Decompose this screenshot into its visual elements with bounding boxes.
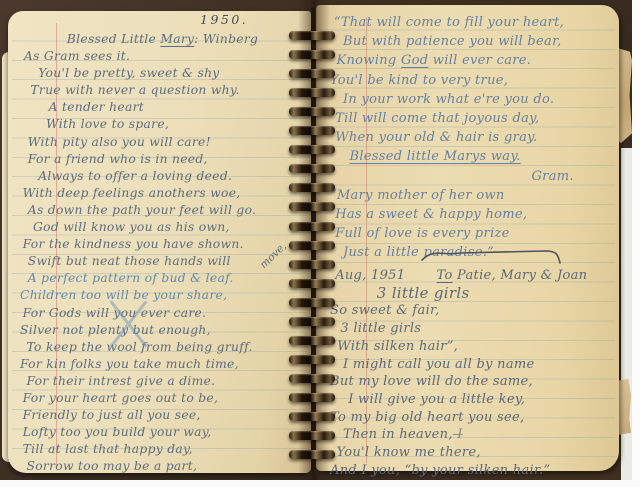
manuscript-line: For your heart goes out to be, (20, 390, 308, 407)
binding-loop (289, 107, 335, 116)
left-page-text: Blessed Little Mary: WinbergAs Gram sees… (20, 31, 308, 475)
manuscript-line: As Gram sees it. (20, 48, 308, 65)
manuscript-line: I will give you a little key, (330, 391, 618, 409)
manuscript-line: Has a sweet & happy home, (330, 205, 618, 224)
binding-loop (289, 164, 335, 173)
manuscript-line: Gram. (330, 167, 618, 186)
left-page: 1950. Blessed Little Mary: WinbergAs Gra… (8, 11, 311, 473)
manuscript-line: “That will come to fill your heart, (330, 13, 618, 32)
manuscript-line: You'l be kind to very true, (330, 71, 618, 90)
binding-loop (289, 50, 335, 59)
manuscript-line: As down the path your feet will go. (20, 202, 308, 219)
manuscript-line: Sorrow too may be a part, (20, 458, 308, 475)
binding-loop (289, 202, 335, 211)
manuscript-line: In your work what e're you do. (330, 90, 618, 109)
manuscript-line: “Mary mother of her own (330, 186, 618, 205)
manuscript-line: You'l know me there, (330, 444, 618, 462)
manuscript-line: A perfect pattern of bud & leaf. (20, 270, 308, 287)
binding-loop (289, 298, 335, 307)
scan-border-bottom (0, 480, 640, 487)
binding-loop (289, 336, 335, 345)
manuscript-line: Blessed little Marys way. (330, 147, 618, 166)
manuscript-line: Aug, 1951To Patie, Mary & Joan (330, 267, 618, 285)
binding-loop (289, 31, 335, 40)
manuscript-line: To keep the wool from being gruff. (20, 339, 308, 356)
manuscript-line: Full of love is every prize (330, 224, 618, 243)
manuscript-line: Till at last that happy day, (20, 441, 308, 458)
manuscript-line: 3 little girls (330, 285, 618, 303)
manuscript-line: Then in heaven, I (330, 426, 618, 444)
manuscript-line: For a friend who is in need, (20, 151, 308, 168)
binding-loop (289, 412, 335, 421)
manuscript-line: For their intrest give a dime. (20, 373, 308, 390)
manuscript-line: When your old & hair is gray. (330, 128, 618, 147)
flourish-stroke (416, 243, 572, 267)
manuscript-line: For the kindness you have shown. (20, 236, 308, 253)
right-page: “That will come to fill your heart,But w… (316, 5, 619, 471)
binding-loop (289, 450, 335, 459)
binding-loop (289, 393, 335, 402)
binding-loop (289, 241, 335, 250)
manuscript-line: For Gods will you ever care. (20, 305, 308, 322)
notebook-photo: 1950. Blessed Little Mary: WinbergAs Gra… (0, 0, 640, 487)
manuscript-line: Till will come that joyous day, (330, 109, 618, 128)
manuscript-line: But with patience you will bear, (330, 32, 618, 51)
right-page-poem-2: Aug, 1951To Patie, Mary & Joan3 little g… (330, 267, 618, 479)
binding-loop (289, 431, 335, 440)
binding-loop (289, 88, 335, 97)
binding-loop (289, 183, 335, 192)
manuscript-line: 3 little girls (330, 320, 618, 338)
manuscript-line: Friendly to just all you see, (20, 407, 308, 424)
manuscript-line: Always to offer a loving deed. (20, 168, 308, 185)
binding-loop (289, 260, 335, 269)
right-page-poem-1: “That will come to fill your heart,But w… (330, 13, 618, 263)
spiral-binding (289, 31, 335, 456)
manuscript-line: Knowing God will ever care. (330, 51, 618, 70)
manuscript-line: Blessed Little Mary: Winberg (20, 31, 308, 48)
manuscript-line: You'l be pretty, sweet & shy (20, 65, 308, 82)
manuscript-line: “With silken hair”, (330, 338, 618, 356)
manuscript-line: So sweet & fair, (330, 302, 618, 320)
binding-loop (289, 374, 335, 383)
manuscript-line: With deep feelings anothers woe, (20, 185, 308, 202)
manuscript-line: I might call you all by name (330, 356, 618, 374)
manuscript-line: To my big old heart you see, (330, 409, 618, 427)
manuscript-line: Lofty too you build your way, (20, 424, 308, 441)
scan-border-right (632, 0, 640, 487)
manuscript-line: For kin folks you take much time, (20, 356, 308, 373)
manuscript-line: With love to spare, (20, 116, 308, 133)
x-mark (100, 299, 156, 349)
binding-loop (289, 126, 335, 135)
binding-loop (289, 317, 335, 326)
year-label: 1950. (200, 12, 248, 27)
binding-loop (289, 355, 335, 364)
manuscript-line: Children too will be your share, (20, 287, 308, 304)
binding-loop (289, 279, 335, 288)
binding-loop (289, 222, 335, 231)
manuscript-line: With pity also you will care! (20, 134, 308, 151)
manuscript-line: But my love will do the same, (330, 373, 618, 391)
manuscript-line: A tender heart (20, 99, 308, 116)
manuscript-line: Silver not plenty but enough, (20, 322, 308, 339)
manuscript-line: True with never a question why. (20, 82, 308, 99)
manuscript-line: God will know you as his own, (20, 219, 308, 236)
binding-loop (289, 145, 335, 154)
binding-loop (289, 69, 335, 78)
manuscript-line: And I you, “by your silken hair.” (330, 462, 618, 480)
